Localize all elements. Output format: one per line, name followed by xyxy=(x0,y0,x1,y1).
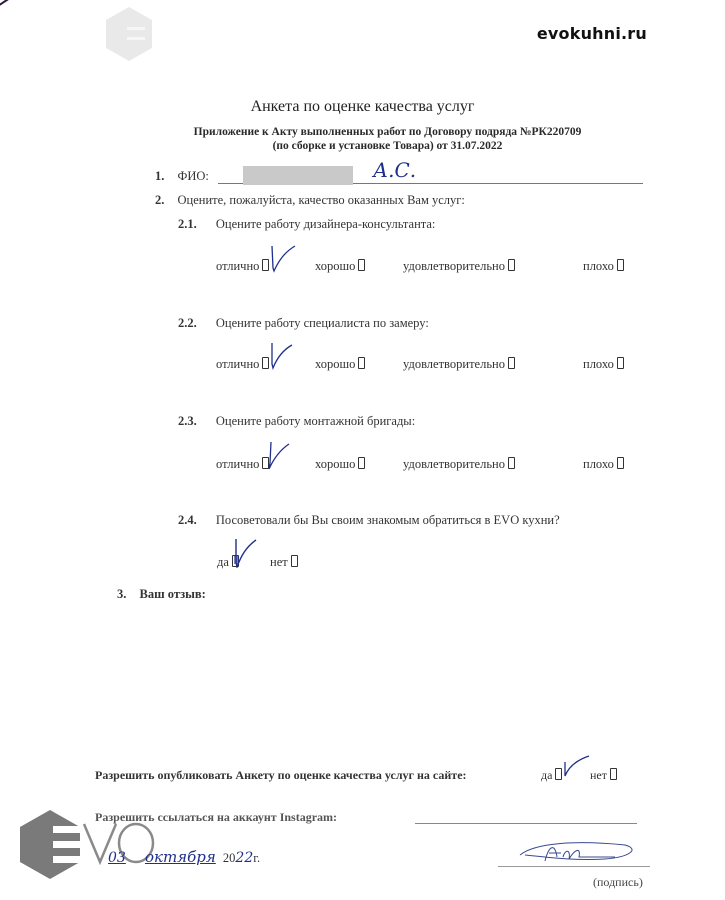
option-label: удовлетворительно xyxy=(403,457,505,471)
handwritten-check-icon xyxy=(266,342,296,372)
q3-label: Ваш отзыв: xyxy=(140,587,206,601)
scan-pen-stroke xyxy=(0,0,49,12)
q2-1-label: Оцените работу дизайнера-консультанта: xyxy=(216,217,436,231)
option-label: да xyxy=(541,768,552,782)
q2-3-number: 2.3. xyxy=(178,414,197,428)
handwritten-check-icon xyxy=(231,538,261,568)
q2-2-option-excellent[interactable]: отлично xyxy=(216,357,269,372)
option-label: удовлетворительно xyxy=(403,259,505,273)
signature-scribble-icon xyxy=(515,835,645,875)
option-label: плохо xyxy=(583,457,614,471)
checkbox[interactable] xyxy=(617,259,624,271)
q3-row: 3. Ваш отзыв: xyxy=(117,587,206,602)
q2-row: 2. Оцените, пожалуйста, качество оказанн… xyxy=(155,193,465,208)
q2-1-option-bad[interactable]: плохо xyxy=(583,259,624,274)
option-label: да xyxy=(217,555,229,569)
q2-3-option-bad[interactable]: плохо xyxy=(583,457,624,472)
date-month[interactable]: октября xyxy=(145,848,216,866)
option-label: плохо xyxy=(583,357,614,371)
q2-3-option-good[interactable]: хорошо xyxy=(315,457,365,472)
q2-4-row: 2.4. Посоветовали бы Вы своим знакомым о… xyxy=(178,513,560,528)
date-row: 03 октября 2022г. xyxy=(108,848,260,866)
q2-2-option-satisfactory[interactable]: удовлетворительно xyxy=(403,357,515,372)
q2-1-option-satisfactory[interactable]: удовлетворительно xyxy=(403,259,515,274)
q2-2-row: 2.2. Оцените работу специалиста по замер… xyxy=(178,316,429,331)
option-label: нет xyxy=(590,768,607,782)
q1-handwritten-initials: А.С. xyxy=(373,158,416,182)
subtitle-line-2: (по сборке и установке Товара) от 31.07.… xyxy=(0,139,725,153)
instagram-field-line[interactable] xyxy=(415,823,637,824)
q2-3-row: 2.3. Оцените работу монтажной бригады: xyxy=(178,414,415,429)
option-label: удовлетворительно xyxy=(403,357,505,371)
q2-2-number: 2.2. xyxy=(178,316,197,330)
document-subtitle: Приложение к Акту выполненных работ по Д… xyxy=(0,125,725,153)
q1-number: 1. xyxy=(155,169,164,183)
q2-2-label: Оцените работу специалиста по замеру: xyxy=(216,316,429,330)
option-label: нет xyxy=(270,555,288,569)
checkbox[interactable] xyxy=(358,357,365,369)
q2-1-option-excellent[interactable]: отлично xyxy=(216,259,269,274)
q2-3-option-excellent[interactable]: отлично xyxy=(216,457,269,472)
date-day[interactable]: 03 xyxy=(108,850,126,866)
handwritten-check-icon xyxy=(264,441,294,471)
q3-feedback-area[interactable] xyxy=(117,606,647,756)
site-url: evokuhni.ru xyxy=(537,24,647,43)
checkbox[interactable] xyxy=(617,357,624,369)
date-year-suffix[interactable]: 22 xyxy=(235,850,253,866)
q2-label: Оцените, пожалуйста, качество оказанных … xyxy=(178,193,465,207)
option-label: отлично xyxy=(216,457,259,471)
q2-4-label: Посоветовали бы Вы своим знакомым обрати… xyxy=(216,513,560,527)
checkbox[interactable] xyxy=(291,555,298,567)
q1-row: 1. ФИО: xyxy=(155,169,209,184)
publish-option-yes[interactable]: да xyxy=(541,768,562,783)
q2-3-label: Оцените работу монтажной бригады: xyxy=(216,414,415,428)
document-title: Анкета по оценке качества услуг xyxy=(0,98,725,116)
option-label: хорошо xyxy=(315,457,355,471)
handwritten-check-icon xyxy=(267,244,297,274)
option-label: хорошо xyxy=(315,259,355,273)
date-suffix: г. xyxy=(253,851,260,865)
checkbox[interactable] xyxy=(358,457,365,469)
checkbox[interactable] xyxy=(508,357,515,369)
handwritten-check-icon xyxy=(561,752,591,782)
checkbox[interactable] xyxy=(358,259,365,271)
q2-1-row: 2.1. Оцените работу дизайнера-консультан… xyxy=(178,217,435,232)
publish-option-no[interactable]: нет xyxy=(590,768,617,783)
option-label: плохо xyxy=(583,259,614,273)
subtitle-line-1: Приложение к Акту выполненных работ по Д… xyxy=(0,125,725,139)
option-label: отлично xyxy=(216,259,259,273)
option-label: отлично xyxy=(216,357,259,371)
q2-1-option-good[interactable]: хорошо xyxy=(315,259,365,274)
q2-1-number: 2.1. xyxy=(178,217,197,231)
q2-2-option-bad[interactable]: плохо xyxy=(583,357,624,372)
publish-label: Разрешить опубликовать Анкету по оценке … xyxy=(95,768,467,783)
q1-label: ФИО: xyxy=(178,169,209,183)
evo-logo-icon xyxy=(20,810,160,880)
q1-redacted-name xyxy=(243,166,353,185)
q2-number: 2. xyxy=(155,193,164,207)
checkbox[interactable] xyxy=(610,768,617,780)
date-year-prefix: 20 xyxy=(223,851,236,865)
checkbox[interactable] xyxy=(617,457,624,469)
q2-4-option-no[interactable]: нет xyxy=(270,555,298,570)
q3-number: 3. xyxy=(117,587,126,601)
option-label: хорошо xyxy=(315,357,355,371)
checkbox[interactable] xyxy=(508,259,515,271)
q2-4-number: 2.4. xyxy=(178,513,197,527)
checkbox[interactable] xyxy=(508,457,515,469)
signature-caption: (подпись) xyxy=(593,875,643,890)
signature-line[interactable] xyxy=(498,866,650,867)
q2-3-option-satisfactory[interactable]: удовлетворительно xyxy=(403,457,515,472)
q2-2-option-good[interactable]: хорошо xyxy=(315,357,365,372)
faint-watermark-logo-icon xyxy=(103,5,155,63)
